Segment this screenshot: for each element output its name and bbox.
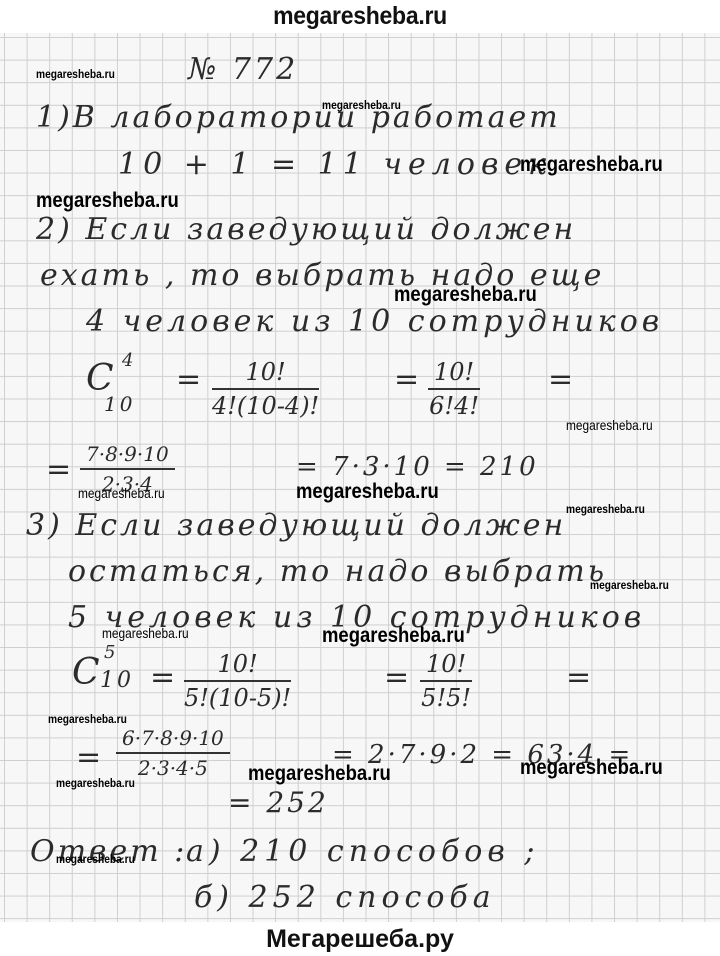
answer-b: б) 252 способа bbox=[194, 880, 496, 915]
fraction-denominator: 6!4! bbox=[428, 390, 480, 420]
watermark: megaresheba.ru bbox=[36, 189, 179, 213]
step3-combo-symbol: C bbox=[72, 652, 103, 693]
fraction-numerator: 10! bbox=[420, 650, 472, 682]
watermark: megaresheba.ru bbox=[590, 578, 669, 592]
step3-eq1: = bbox=[150, 660, 178, 695]
step2-eq4: = bbox=[46, 452, 74, 487]
answer-a: а) 210 способов ; bbox=[186, 834, 539, 869]
watermark: megaresheba.ru bbox=[322, 98, 401, 112]
fraction-denominator: 5!(10-5)! bbox=[184, 682, 291, 712]
step3-combo-sub: 10 bbox=[100, 668, 134, 693]
fraction-denominator: 5!5! bbox=[420, 682, 472, 712]
watermark: megaresheba.ru bbox=[36, 67, 115, 81]
step3-line1: 3) Если заведующий должен bbox=[26, 508, 566, 543]
step3-label: 3) bbox=[26, 508, 63, 543]
step3-line2: остаться, то надо выбрать bbox=[68, 554, 607, 589]
step2-fraction1: 10!4!(10-4)! bbox=[212, 358, 319, 420]
step2-line3: 4 человек из 10 сотрудников bbox=[86, 304, 663, 339]
step3-line1-text: Если заведующий должен bbox=[75, 508, 566, 543]
step2-line1-text: Если заведующий должен bbox=[85, 212, 576, 247]
watermark: megaresheba.ru bbox=[322, 624, 465, 648]
step2-combo-sup: 4 bbox=[122, 350, 136, 371]
step2-line1: 2) Если заведующий должен bbox=[36, 212, 576, 247]
fraction-denominator: 4!(10-4)! bbox=[212, 390, 319, 420]
fraction-numerator: 10! bbox=[428, 358, 480, 390]
step2-eq3: = bbox=[548, 362, 576, 397]
watermark: megaresheba.ru bbox=[520, 153, 663, 177]
watermark: megaresheba.ru bbox=[394, 283, 537, 307]
step3-eq2: = bbox=[384, 660, 412, 695]
watermark: megaresheba.ru bbox=[56, 776, 135, 790]
watermark: megaresheba.ru bbox=[296, 480, 439, 504]
step3-combo-sup: 5 bbox=[104, 642, 118, 663]
step2-label: 2) bbox=[36, 212, 73, 247]
step2-combo-sub: 10 bbox=[104, 392, 135, 416]
step1-calc: 10 + 1 = 11 человек bbox=[118, 147, 552, 182]
watermark: megaresheba.ru bbox=[78, 485, 165, 501]
watermark: megaresheba.ru bbox=[248, 762, 391, 786]
step2-eq2: = bbox=[394, 362, 422, 397]
step2-fraction2: 10!6!4! bbox=[428, 358, 480, 420]
fraction-numerator: 6·7·8·9·10 bbox=[116, 726, 230, 754]
watermark: megaresheba.ru bbox=[566, 417, 653, 433]
step3-fraction3: 6·7·8·9·102·3·4·5 bbox=[116, 726, 230, 780]
watermark: megaresheba.ru bbox=[48, 712, 127, 726]
step1-text: 1)В лаборатории работает bbox=[36, 100, 561, 135]
fraction-numerator: 10! bbox=[184, 650, 291, 682]
step2-result: = 7·3·10 = 210 bbox=[296, 452, 539, 482]
watermark: megaresheba.ru bbox=[56, 852, 135, 866]
step1-sentence: В лаборатории работает bbox=[73, 100, 561, 135]
step1-label: 1) bbox=[36, 100, 73, 135]
step2-eq1: = bbox=[176, 362, 204, 397]
step3-eq4: = bbox=[76, 740, 104, 775]
fraction-numerator: 10! bbox=[212, 358, 319, 390]
problem-number: № 772 bbox=[188, 52, 298, 87]
step3-fraction2: 10!5!5! bbox=[420, 650, 472, 712]
watermark: megaresheba.ru bbox=[102, 625, 189, 641]
step3-final: = 252 bbox=[228, 786, 329, 819]
watermark: megaresheba.ru bbox=[566, 502, 645, 516]
watermark: megaresheba.ru bbox=[520, 756, 663, 780]
step3-eq3: = bbox=[566, 660, 594, 695]
step3-fraction1: 10!5!(10-5)! bbox=[184, 650, 291, 712]
fraction-numerator: 7·8·9·10 bbox=[80, 442, 175, 470]
site-footer: Мегарешеба.ру bbox=[0, 922, 720, 956]
site-header: megaresheba.ru bbox=[29, 0, 691, 33]
